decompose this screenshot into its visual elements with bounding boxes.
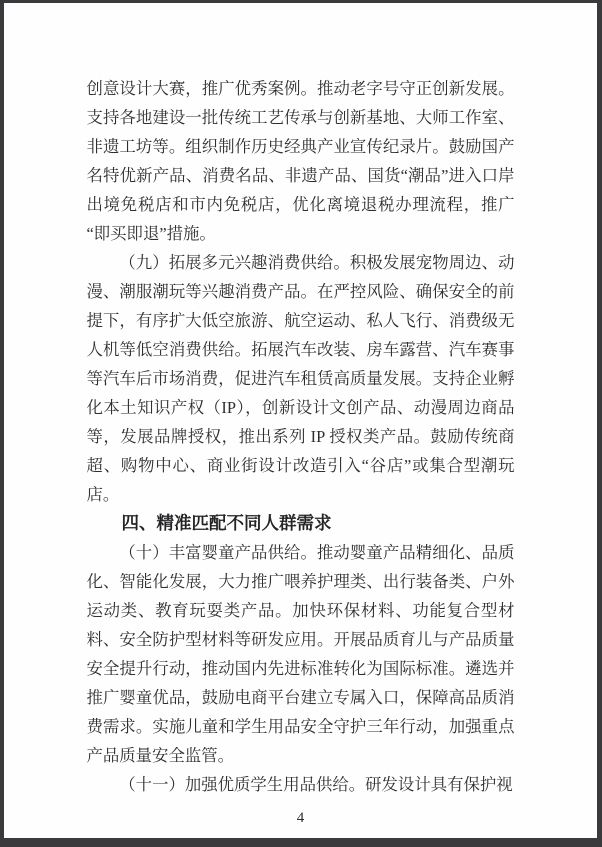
paragraph-item-11: （十一）加强优质学生用品供给。研发设计具有保护视 (87, 770, 515, 799)
section-heading: 四、精准匹配不同人群需求 (87, 509, 515, 538)
page-number: 4 (4, 808, 597, 828)
paragraph-continuation: 创意设计大赛，推广优秀案例。推动老字号守正创新发展。支持各地建设一批传统工艺传承… (87, 74, 515, 248)
document-body: 创意设计大赛，推广优秀案例。推动老字号守正创新发展。支持各地建设一批传统工艺传承… (87, 3, 515, 799)
paragraph-item-9: （九）拓展多元兴趣消费供给。积极发展宠物周边、动漫、潮服潮玩等兴趣消费产品。在严… (87, 248, 515, 509)
paragraph-item-10: （十）丰富婴童产品供给。推动婴童产品精细化、品质化、智能化发展，大力推广喂养护理… (87, 538, 515, 770)
document-page: 创意设计大赛，推广优秀案例。推动老字号守正创新发展。支持各地建设一批传统工艺传承… (4, 3, 597, 838)
document-viewer: { "doc": { "page_number": "4", "paragrap… (0, 0, 602, 847)
